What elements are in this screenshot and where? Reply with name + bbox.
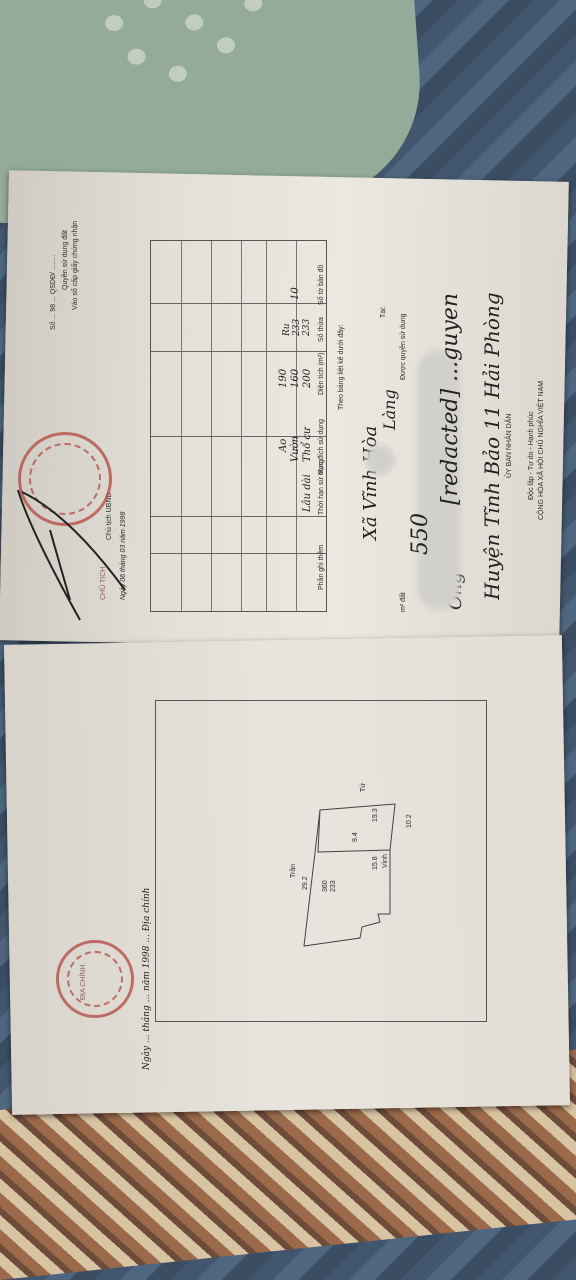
area-unit: m² đất (400, 592, 407, 612)
issuer-location: Huyện Tĩnh Bảo 11 Hải Phòng (480, 292, 504, 600)
th-duration: Thời hạn sử dụng (318, 459, 325, 515)
cell-r2-area: 160 (290, 369, 301, 388)
registry-line2: Quyền sử dụng đất (62, 230, 69, 290)
cell-r1-sheet: 10 (290, 287, 301, 300)
header-issuer: ỦY BAN NHÂN DÂN (506, 414, 513, 478)
cadastral-red-seal (56, 940, 134, 1018)
holder-name: [redacted] ...guyen (438, 293, 463, 505)
redacted-mark (365, 445, 395, 475)
map-label-19: Trần (290, 864, 297, 878)
place-line2: Xã Vĩnh Hòa (360, 426, 381, 540)
map-label-9: 15.8 (372, 856, 379, 870)
parcel-plan-drawing (290, 790, 420, 960)
th-map-sheet: Số tờ bản đồ (318, 265, 325, 305)
header-country: CỘNG HÒA XÃ HỘI CHỦ NGHĨA VIỆT NAM (538, 381, 545, 520)
cell-r3-purpose: Ao (278, 439, 289, 452)
table-caption: Theo bảng liệt kê dưới đây: (338, 324, 345, 410)
cell-r1-parcel: 233 (302, 319, 312, 336)
header-motto: Độc lập - Tự do - Hạnh phúc (528, 411, 535, 500)
cell-r1-area: 200 (302, 369, 313, 388)
cell-r2-purpose: Vườn (290, 436, 301, 462)
map-label-1: 19.3 (372, 808, 379, 822)
th-parcel: Số thửa (318, 317, 325, 342)
map-label-20: Tứ (360, 783, 367, 792)
map-label-12: 360 (322, 880, 329, 892)
right-label: Được quyền sử dụng (400, 314, 407, 381)
map-label-11: 233 (330, 880, 337, 892)
signature-stroke (10, 470, 130, 670)
cell-r1-purpose: Thổ cư (302, 428, 313, 462)
th-notes: Phần ghi thêm (318, 545, 325, 590)
place-line1: Làng (380, 389, 399, 430)
at-label: Tại: (380, 306, 387, 318)
map-label-8: Vinh (382, 854, 389, 868)
map-label-0: 10.2 (406, 814, 413, 828)
th-area: Diện tích (m²) (318, 353, 325, 395)
map-label-18: 29.2 (302, 876, 309, 890)
registry-line1: Vào sổ cấp giấy chứng nhận (72, 221, 79, 310)
cell-r3-area: 190 (278, 369, 289, 388)
cell-r1-duration: Lâu dài (302, 474, 313, 512)
cell-r2-parcel: 233 (292, 319, 302, 336)
cell-r3-parcel: Ru (282, 323, 292, 336)
map-certification: Ngày ... tháng ... năm 1998 ... Địa chín… (142, 888, 152, 1070)
registry-line3: Số ... 98 ... QSDĐ/ ........ (50, 255, 57, 330)
area-value: 550 (408, 513, 433, 555)
map-label-3: 9.4 (352, 832, 359, 842)
stamp-text: ĐỊA CHÍNH (80, 965, 87, 1000)
